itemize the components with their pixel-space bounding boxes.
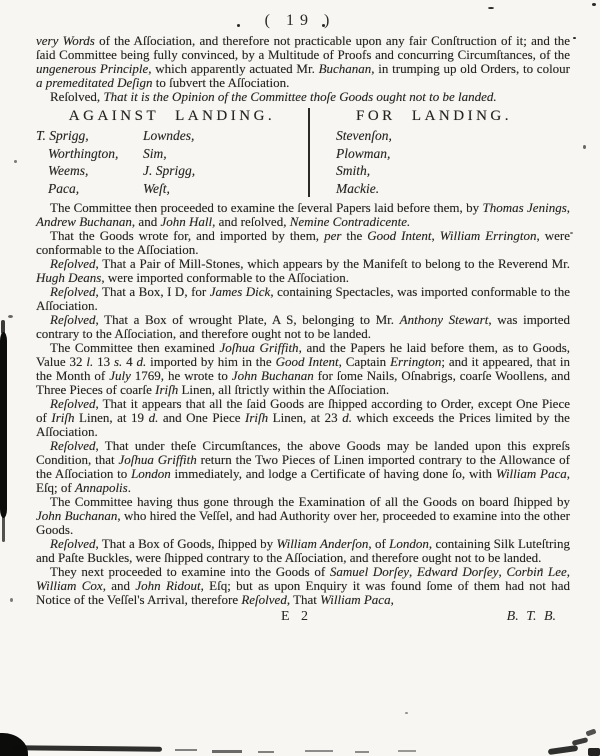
text-segment: Reſolved [50,396,95,411]
text-segment: William Errington [440,228,537,243]
paragraph-anderson-box: Reſolved, That a Box of Goods, ſhipped b… [36,537,570,565]
text-segment: They next proceeded to examine into the … [50,564,330,579]
signature-mark: E 2 [281,609,312,625]
paragraph-mill-stones: Reſolved, That a Pair of Mill-Stones, wh… [36,257,570,285]
vote-against-column: AGAINST LANDING. T. Sprigg,Worthington,W… [36,108,308,197]
scan-speck-11 [10,598,13,602]
vote-name: Stevenſon, [336,127,570,145]
text-segment: 1769, he wrote to [131,368,232,383]
text-segment: , were imported conformable to the Aſſoc… [101,270,349,285]
scan-artifact-bottom-right-smudge-4 [588,748,600,756]
text-segment: The Committee then examined [50,340,220,355]
text-segment: d. [149,410,159,425]
scan-artifact-bottom-dash-5 [355,751,369,753]
text-segment: Nemine Contradicente. [290,214,411,229]
text-segment: d. [136,354,146,369]
scan-artifact-bottom-dash-6 [398,750,416,752]
paragraph-papers-examined: The Committee then proceeded to examine … [36,201,570,229]
text-segment: James Dick [210,284,271,299]
text-segment: the [341,228,367,243]
text-segment: d. [342,410,352,425]
vote-name: Paca, [36,180,143,198]
text-segment: very Words [36,33,95,48]
scan-speck-9 [570,232,573,234]
text-segment: Reſolved [50,284,95,299]
text-segment: imported by him in the [146,354,275,369]
vote-name: Sim, [143,145,195,163]
text-segment: , That a Box of Goods, ſhipped by [95,536,276,551]
text-segment: Buchanan [319,61,372,76]
text-segment: , Captain [339,354,390,369]
scan-artifact-gutter-bar-top [1,320,5,334]
text-segment: Andrew Buchanan [36,214,132,229]
text-segment: July [109,368,131,383]
text-segment: That it is the Opinion of the Committee … [103,89,496,104]
paragraph-wrought-plate: Reſolved, That a Box of wrought Plate, A… [36,313,570,341]
vote-against-title: AGAINST LANDING. [36,108,308,125]
text-segment: per [324,228,341,243]
signature-line: E 2 B. T. B. [36,609,570,627]
paragraph-dorsey-goods: They next proceeded to examine into the … [36,565,570,607]
text-segment: Iriſh [245,410,268,425]
vote-name: Mackie. [336,180,570,198]
text-segment: 4 [122,354,136,369]
paragraph-spectacles-box: Reſolved, That a Box, I D, for James Dic… [36,285,570,313]
text-segment: William Paca [496,466,567,481]
text-segment: , which apparently actuated Mr. [148,61,318,76]
text-segment: Joſhua Griffith [119,452,197,467]
vote-name: T. Sprigg, [36,127,143,145]
scan-artifact-bottom-streak [12,745,162,752]
scan-artifact-gutter-bar [0,332,7,518]
text-segment: John Hall [160,214,212,229]
text-segment: Reſolved [50,536,95,551]
text-segment: Corbin Lee [506,564,566,579]
text-segment: a premeditated Deſign [36,75,153,90]
text-segment: , [567,200,570,215]
text-segment: Joſhua Griffith [220,340,299,355]
text-segment: Samuel Dorſey [330,564,409,579]
text-segment: , and [103,578,136,593]
vote-name: Plowman, [336,145,570,163]
scan-artifact-bottom-dash-2 [212,750,242,753]
vote-name: Weſt, [143,180,195,198]
scan-speck-7 [14,160,17,163]
text-segment: , and [132,214,161,229]
vote-table: AGAINST LANDING. T. Sprigg,Worthington,W… [36,108,570,197]
text-segment: Iriſh [155,382,178,397]
text-segment: Hugh Deans [36,270,101,285]
text-segment: immediately, and lodge a Certificate of … [171,466,496,481]
scan-artifact-bottom-dash-1 [175,749,197,751]
text-segment: Good Intent [367,228,431,243]
text-segment: Errington [390,354,441,369]
text-segment: , [567,564,570,579]
text-segment: Reſolved [50,312,95,327]
text-segment: , That a Box, I D, for [95,284,209,299]
text-segment: , in trumping up old Orders, to colour [371,61,570,76]
paragraph-linen-prices: Reſolved, That it appears that all the ſ… [36,397,570,439]
vote-name: J. Sprigg, [143,162,195,180]
text-segment: to ſubvert the Aſſociation. [153,75,290,90]
text-segment: Edward Dorſey [417,564,499,579]
text-segment: ungenerous Principle [36,61,148,76]
vote-for-names: Stevenſon,Plowman,Smith,Mackie. [336,127,570,197]
page-number: ( 19 ) [0,12,600,30]
text-segment: , [391,592,394,607]
text-segment: William Paca [320,592,390,607]
paragraph-goods-conformable: That the Goods wrote for, and imported b… [36,229,570,257]
text-segment: Reſolved [50,256,95,271]
text-segment: , [409,564,417,579]
text-segment: London [389,536,429,551]
paragraph-landing-condition: Reſolved, That under theſe Circumſtances… [36,439,570,495]
text-segment: , of [368,536,389,551]
text-segment: That the Goods wrote for, and imported b… [50,228,324,243]
paragraph-continuation: very Words of the Aſſociation, and there… [36,34,570,90]
text-segment: John Ridout [135,578,200,593]
scan-artifact-gutter-bar-tail [2,516,5,542]
text-segment: William Cox [36,578,103,593]
scan-artifact-bottom-right-smudge-2 [572,737,589,746]
paragraph-griffith-examined: The Committee then examined Joſhua Griff… [36,341,570,397]
scan-artifact-bottom-right-smudge-3 [585,728,596,736]
scan-artifact-bottom-right-smudge-1 [548,745,579,755]
text-segment: Good Intent [276,354,339,369]
text-segment: William Anderſon [276,536,368,551]
text-segment: 13 [93,354,114,369]
text-segment: Reſolved [50,438,95,453]
text-segment: Anthony Stewart [400,312,489,327]
vote-name: Weems, [36,162,143,180]
text-segment: Linen, all ſtrictly within the Aſſociati… [178,382,389,397]
scanned-document-page: ( 19 ) very Words of the Aſſociation, an… [0,0,600,756]
vote-for-column: FOR LANDING. Stevenſon,Plowman,Smith,Mac… [308,108,570,197]
vote-name: Smith, [336,162,570,180]
scan-artifact-bottom-dash-4 [305,750,333,752]
text-segment: , That a Box of wrought Plate, A S, belo… [95,312,399,327]
text-segment: , That [287,592,320,607]
text-segment: Reſolved, [50,89,103,104]
scan-speck-8 [583,145,586,149]
vote-for-title: FOR LANDING. [336,108,570,125]
vote-name: Lowndes, [143,127,195,145]
text-segment: Reſolved [241,592,286,607]
text-segment: Linen, at 19 [74,410,148,425]
vote-against-names-col2: Lowndes,Sim,J. Sprigg,Weſt, [143,127,195,197]
vote-against-name-columns: T. Sprigg,Worthington,Weems,Paca, Lownde… [36,127,308,197]
text-segment: s. [114,354,122,369]
text-segment: . [128,480,131,495]
paragraph-other-goods: The Committee having thus gone through t… [36,495,570,537]
scan-artifact-bottom-dash-3 [258,751,274,753]
scan-speck-5 [573,37,576,39]
text-segment: The Committee having thus gone through t… [50,494,570,509]
text-segment: London [131,466,171,481]
scan-speck-10 [540,568,543,571]
printer-initials: B. T. B. [507,609,556,625]
scan-speck-6 [8,315,13,318]
scan-speck-12 [405,712,408,714]
text-segment: Annapolis [75,480,128,495]
text-segment: , who hired the Veſſel, and had Authorit… [36,508,570,537]
text-segment: John Buchanan [232,368,314,383]
paragraph-resolution-opinion: Reſolved, That it is the Opinion of the … [36,90,570,104]
text-segment: Thomas Jenings [483,200,567,215]
scan-speck-3 [237,24,240,27]
text-segment: Iriſh [51,410,74,425]
scan-speck-1 [488,7,494,9]
text-segment: The Committee then proceeded to examine … [50,200,483,215]
scan-speck-2 [592,3,596,6]
text-segment: , That a Pair of Mill-Stones, which appe… [95,256,570,271]
text-segment: , and reſolved, [212,214,290,229]
text-segment: , [432,228,440,243]
vote-name: Worthington, [36,145,143,163]
scan-speck-4 [322,24,325,27]
text-segment: Linen, at 23 [268,410,342,425]
text-segment: of the Aſſociation, and therefore not pr… [36,33,570,62]
text-segment: John Buchanan [36,508,117,523]
text-segment: and One Piece [158,410,245,425]
vote-against-names-col1: T. Sprigg,Worthington,Weems,Paca, [36,127,143,197]
text-column: very Words of the Aſſociation, and there… [36,34,570,627]
